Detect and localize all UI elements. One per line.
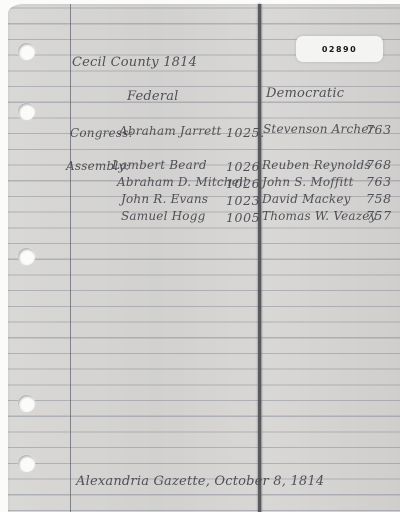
page-title: Cecil County 1814: [72, 55, 197, 70]
catalog-number: 02890: [322, 45, 357, 54]
democratic-candidate-name: John S. Moffitt: [262, 175, 354, 189]
federal-vote-count: 1026: [226, 176, 260, 191]
margin-rule-line: [70, 4, 71, 512]
democratic-vote-count: 763: [366, 174, 392, 189]
punch-hole: [18, 455, 35, 472]
source-citation: Alexandria Gazette, October 8, 1814: [76, 474, 324, 489]
federal-vote-count: 1026: [226, 159, 260, 174]
federal-candidate-name: Abraham Jarrett: [119, 124, 222, 138]
democratic-vote-count: 757: [366, 208, 392, 223]
federal-vote-count: 1025.: [226, 125, 265, 140]
federal-candidate-name: Lambert Beard: [112, 158, 207, 172]
page-crease-line: [258, 4, 261, 512]
federal-vote-count: 1023: [226, 193, 260, 208]
federal-candidate-name: Samuel Hogg: [121, 209, 206, 223]
column-header-federal: Federal: [127, 89, 179, 104]
democratic-candidate-name: Reuben Reynolds: [262, 158, 371, 172]
democratic-candidate-name: David Mackey: [262, 192, 351, 206]
punch-hole: [18, 43, 35, 60]
scan-page: 02890 Cecil County 1814 Federal Democrat…: [0, 0, 400, 512]
democratic-candidate-name: Stevenson Archer: [263, 122, 375, 136]
punch-hole: [18, 103, 35, 120]
democratic-vote-count: 768: [366, 157, 392, 172]
catalog-number-label: 02890: [296, 36, 383, 62]
notebook-paper: [8, 4, 400, 512]
federal-candidate-name: John R. Evans: [121, 192, 208, 206]
punch-hole: [18, 395, 35, 412]
punch-hole: [18, 248, 35, 265]
federal-vote-count: 1005: [226, 210, 260, 225]
democratic-vote-count: 763: [366, 122, 392, 137]
democratic-candidate-name: Thomas W. Veazey: [262, 209, 377, 223]
column-header-democratic: Democratic: [266, 86, 344, 101]
democratic-vote-count: 758: [366, 191, 392, 206]
